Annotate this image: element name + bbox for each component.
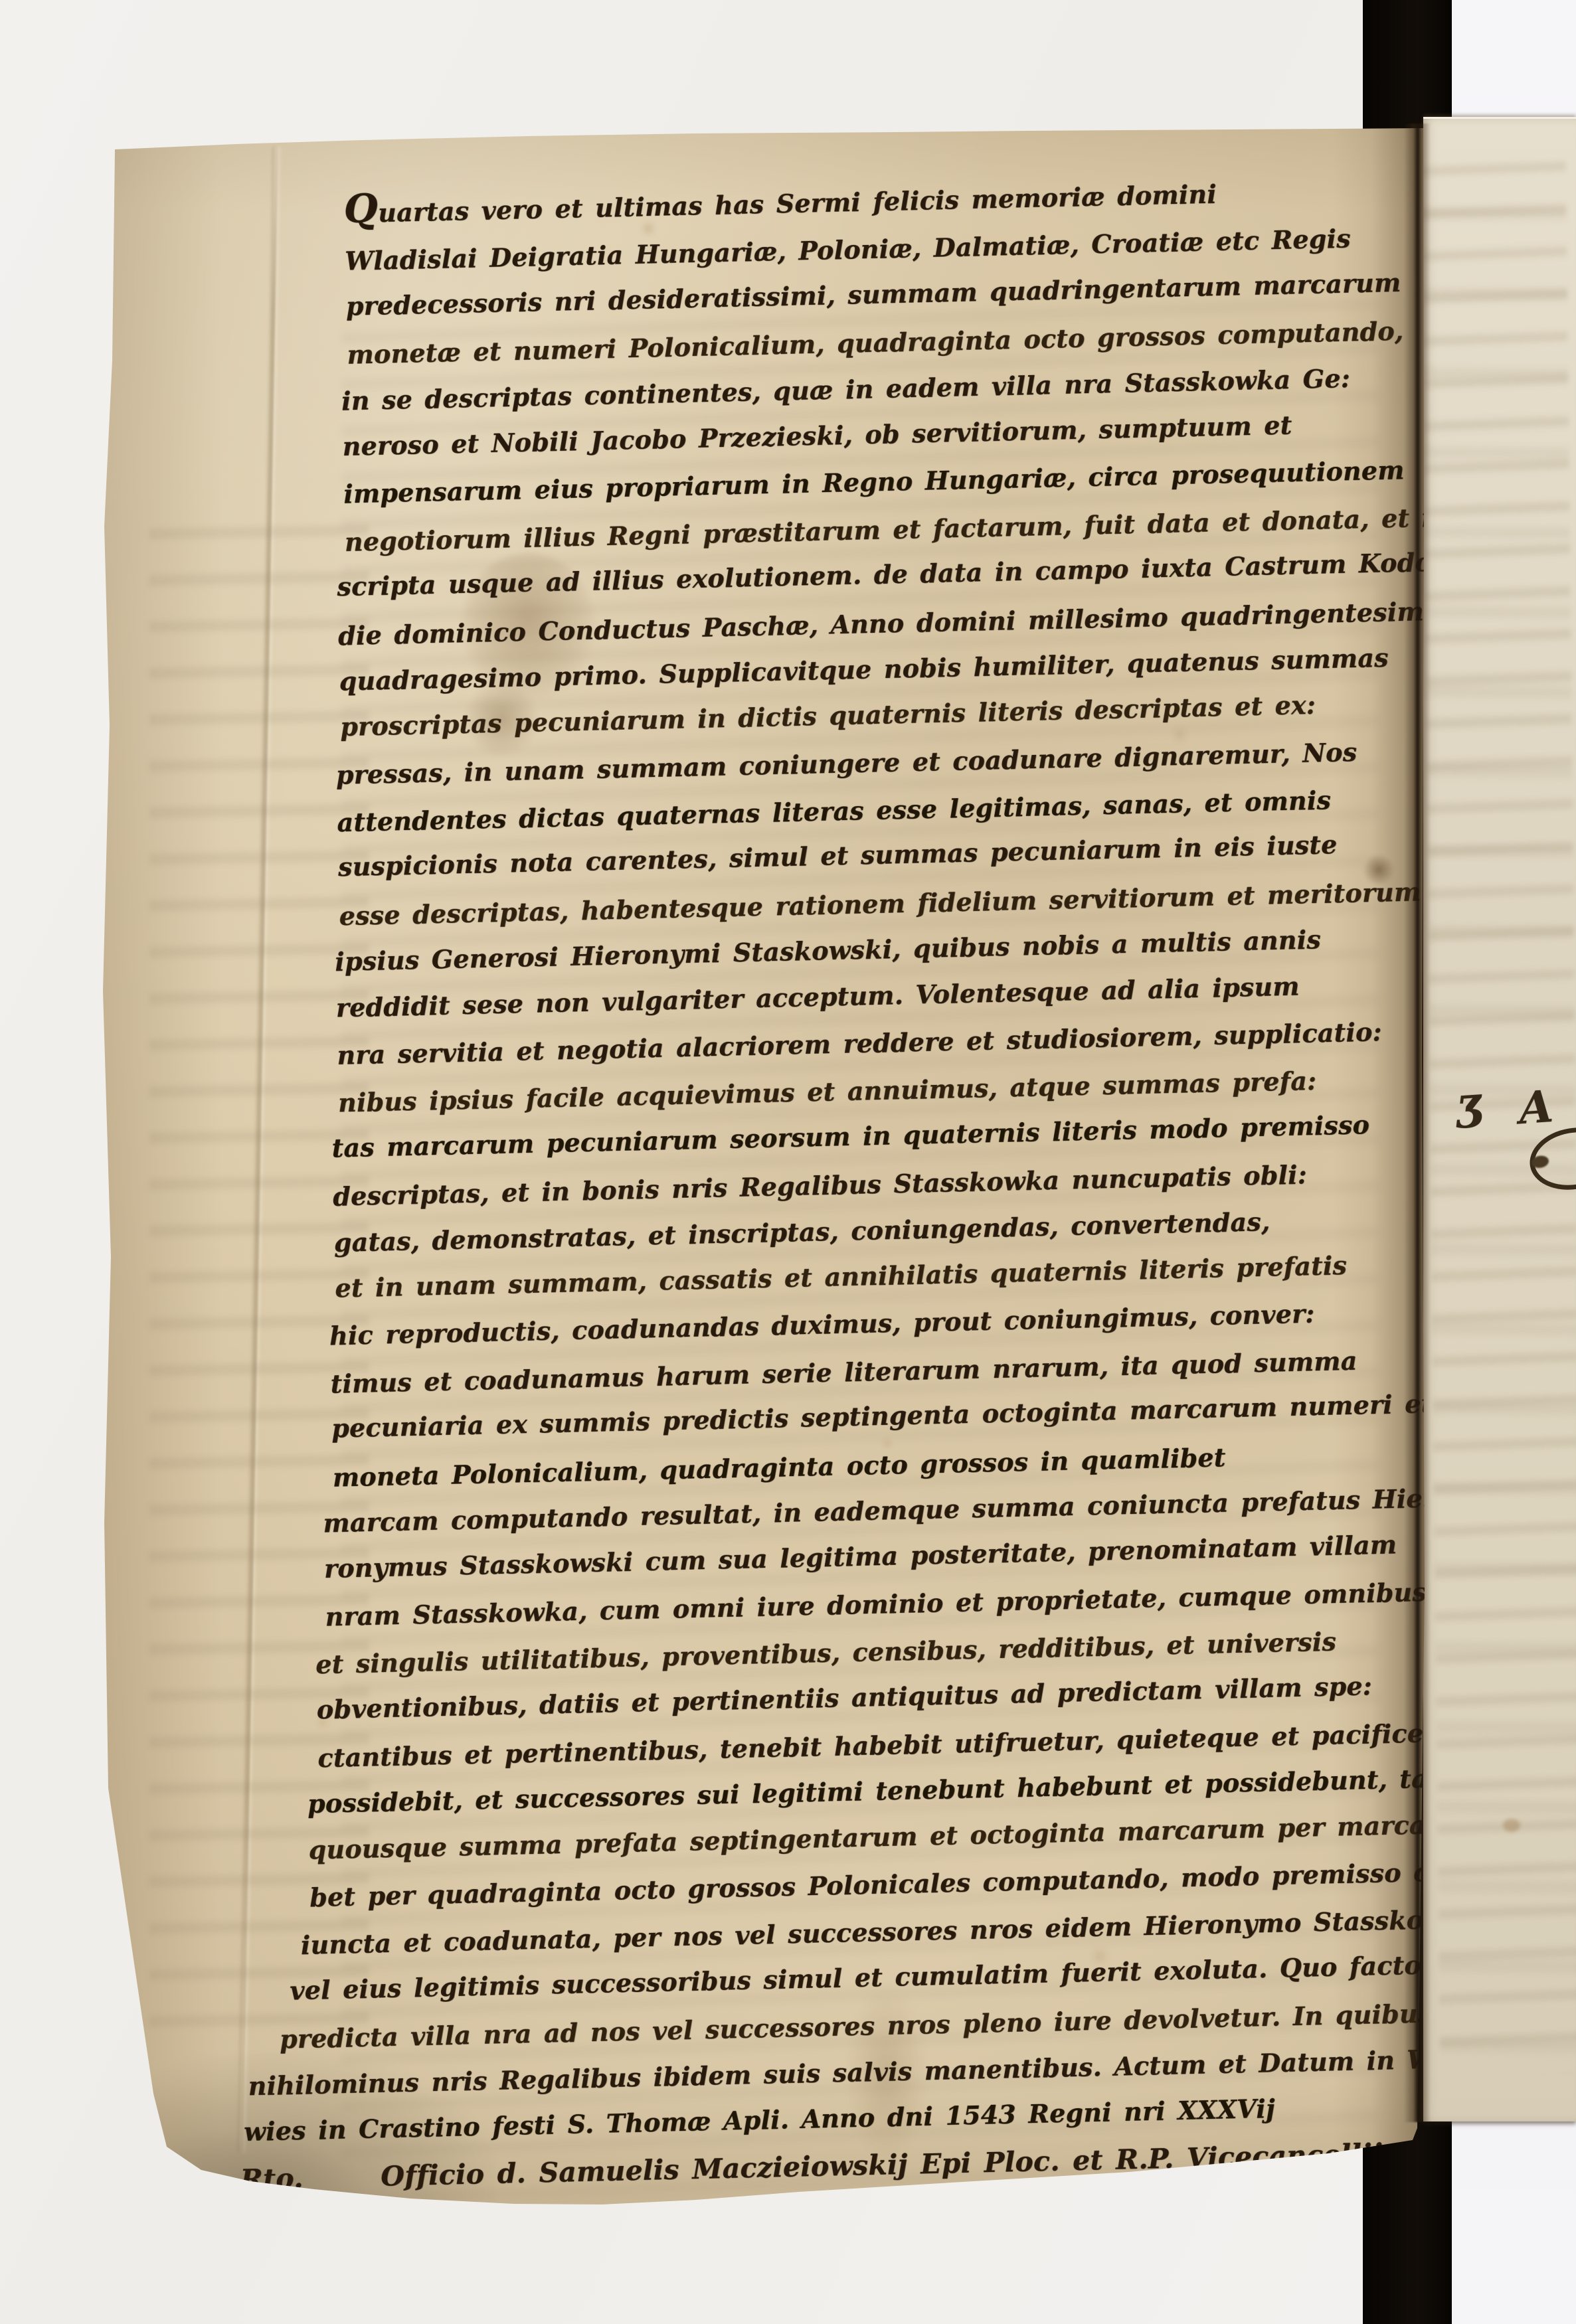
foxing-spots xyxy=(103,128,104,129)
book-gutter-shadow xyxy=(1404,124,1431,2122)
manuscript-text: Quartas vero et ultimas has Sermi felici… xyxy=(177,167,1418,2204)
manuscript-page: Quartas vero et ultimas has Sermi felici… xyxy=(103,128,1425,2206)
adjacent-page-edge: Ʒ A xyxy=(1423,117,1576,2121)
foxing-spot xyxy=(1503,1819,1520,1832)
margin-quire-mark: Ʒ A xyxy=(1454,1079,1571,1139)
manuscript-scan-view: Ʒ A Quartas vero et ultimas has Sermi fe… xyxy=(0,0,1576,2324)
